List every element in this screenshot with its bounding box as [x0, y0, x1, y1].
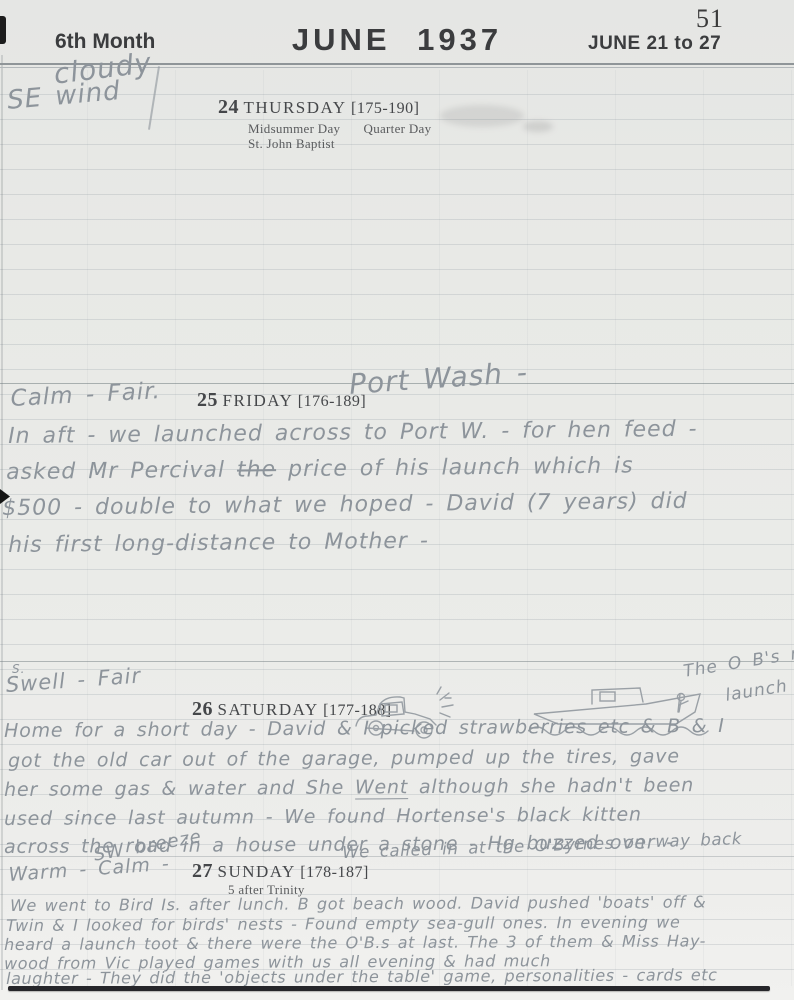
entry-title-note: Port Wash -	[348, 356, 529, 401]
day-date: 24	[218, 96, 239, 118]
struck-word: the	[237, 457, 276, 482]
line-segment: her some gas & water and She	[4, 777, 355, 801]
handwriting-line: asked Mr Percival the price of his launc…	[6, 453, 634, 485]
underlined-word: Went	[355, 776, 408, 799]
handwriting-line: his first long-distance to Mother -	[8, 529, 429, 558]
page-bottom-rule	[8, 986, 770, 991]
sketch-caption: launch -	[724, 673, 794, 705]
day-name: SUNDAY	[218, 862, 296, 881]
day-observance: St. John Baptist	[248, 136, 335, 152]
handwriting-line: laughter - They did the 'objects under t…	[6, 965, 718, 988]
observance-quarter-day: Quarter Day	[364, 121, 432, 136]
observance-midsummer: Midsummer Day	[248, 121, 340, 136]
line-segment: asked Mr Percival	[6, 458, 237, 485]
day-name: THURSDAY	[244, 98, 347, 117]
day-name: FRIDAY	[223, 391, 294, 410]
day-name: SATURDAY	[218, 700, 319, 719]
page-smudge	[440, 105, 524, 127]
section-rule	[0, 661, 794, 662]
weather-note: Calm - Fair.	[10, 378, 161, 412]
page-smudge	[523, 121, 553, 132]
day-header-thursday: 24 THURSDAY [175-190]	[218, 96, 420, 119]
handwriting-line: got the old car out of the garage, pumpe…	[8, 745, 680, 772]
handwriting-line: used since last autumn - We found Horten…	[4, 804, 642, 830]
sketch-caption: The O B's new	[682, 639, 794, 682]
day-header-friday: 25 FRIDAY [176-189]	[197, 389, 366, 412]
day-of-year-range: [175-190]	[351, 100, 419, 117]
line-segment: although she hadn't been	[408, 774, 694, 798]
week-range-label: JUNE 21 to 27	[588, 33, 721, 55]
page-left-edge	[1, 55, 3, 990]
day-date: 26	[192, 698, 213, 720]
weather-note: SE wind	[6, 76, 122, 116]
handwriting-line: her some gas & water and She Went althou…	[4, 774, 694, 801]
handwriting-line: We went to Bird Is. after lunch. B got b…	[10, 892, 706, 915]
diary-page: 51 6th Month JUNE 1937 JUNE 21 to 27 clo…	[0, 0, 794, 1000]
day-date: 27	[192, 860, 213, 882]
handwriting-line: In aft - we launched across to Port W. -…	[8, 417, 698, 449]
line-segment: price of his launch which is	[276, 453, 634, 482]
weather-note: Swell - Fair	[5, 664, 142, 697]
handwriting-line: $500 - double to what we hoped - David (…	[2, 489, 688, 521]
day-header-sunday: 27 SUNDAY [178-187]	[192, 860, 369, 883]
day-date: 25	[197, 389, 218, 411]
day-of-year-range: [178-187]	[300, 864, 368, 881]
handwriting-line: heard a launch toot & there were the O'B…	[4, 931, 706, 954]
day-observance: Midsummer Day Quarter Day	[248, 121, 431, 137]
